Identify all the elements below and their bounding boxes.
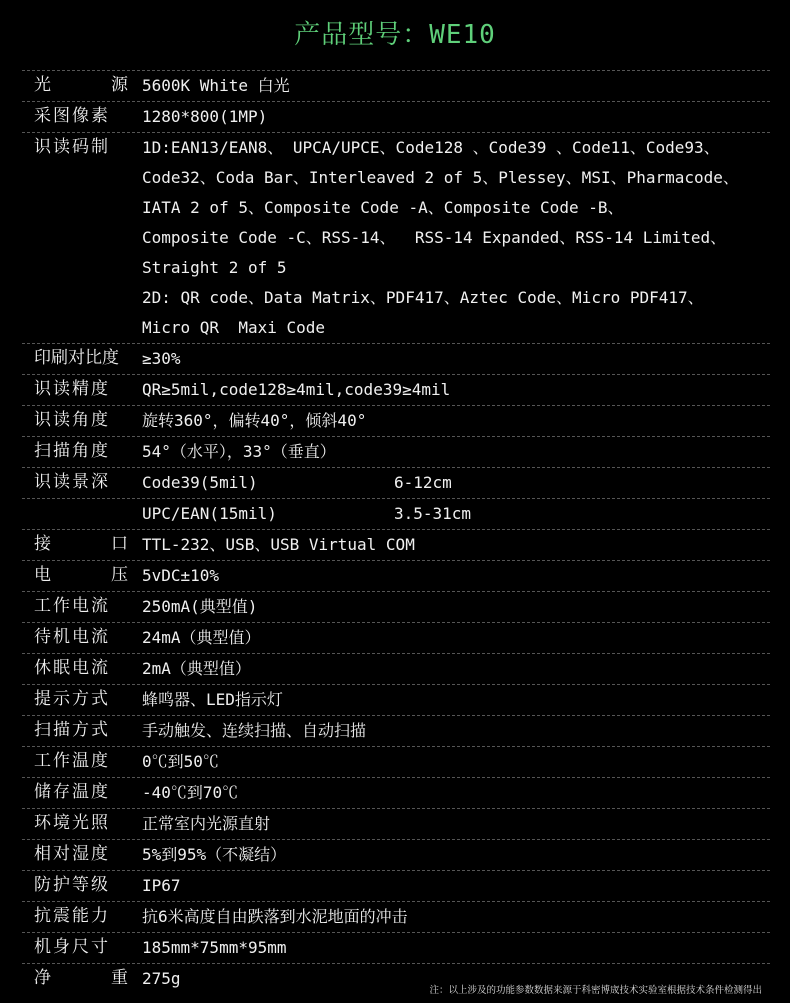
spec-row: 识读精度QR≥5mil,code128≥4mil,code39≥4mil [22,374,770,405]
spec-label: 环境光照 [22,809,142,839]
spec-label: 防护等级 [22,871,142,901]
spec-value: 手动触发、连续扫描、自动扫描 [142,716,770,746]
page-title: 产品型号：WE10 [0,14,790,51]
spec-value: 54°（水平），33°（垂直） [142,437,770,467]
spec-row: 防护等级IP67 [22,870,770,901]
spec-label: 待机电流 [22,623,142,653]
spec-label: 净重 [22,964,142,994]
spec-row: 电压5vDC±10% [22,560,770,591]
spec-row: 光源5600K White 白光 [22,70,770,101]
spec-row: 储存温度-40℃到70℃ [22,777,770,808]
spec-value: 2mA（典型值） [142,654,770,684]
spec-row: 识读景深Code39(5mil)6-12cm [22,467,770,498]
spec-value: 0℃到50℃ [142,747,770,777]
spec-value: IP67 [142,871,770,901]
spec-value: 抗6米高度自由跌落到水泥地面的冲击 [142,902,770,932]
depth-of-field-value: UPC/EAN(15mil)3.5-31cm [142,499,770,529]
spec-label: 休眠电流 [22,654,142,684]
spec-label: 相对湿度 [22,840,142,870]
spec-row: 抗震能力抗6米高度自由跌落到水泥地面的冲击 [22,901,770,932]
spec-row: 扫描角度54°（水平），33°（垂直） [22,436,770,467]
spec-value: 旋转360°，偏转40°，倾斜40° [142,406,770,436]
spec-value: 蜂鸣器、LED指示灯 [142,685,770,715]
spec-row: 相对湿度5%到95%（不凝结） [22,839,770,870]
spec-row: 印刷对比度≥30% [22,343,770,374]
spec-row: 待机电流24mA（典型值） [22,622,770,653]
spec-row: 扫描方式手动触发、连续扫描、自动扫描 [22,715,770,746]
spec-row: 接口TTL-232、USB、USB Virtual COM [22,529,770,560]
spec-value: 5600K White 白光 [142,71,770,101]
spec-label: 机身尺寸 [22,933,142,963]
spec-label: 识读景深 [22,468,142,498]
spec-value: 250mA(典型值) [142,592,770,622]
spec-row: 休眠电流2mA（典型值） [22,653,770,684]
spec-value: 1D:EAN13/EAN8、 UPCA/UPCE、Code128 、Code39… [142,133,770,343]
spec-value: 185mm*75mm*95mm [142,933,770,963]
spec-row: UPC/EAN(15mil)3.5-31cm [22,498,770,529]
spec-value: 1280*800(1MP) [142,102,770,132]
spec-value: 24mA（典型值） [142,623,770,653]
spec-label: 采图像素 [22,102,142,132]
spec-row: 工作温度0℃到50℃ [22,746,770,777]
spec-label: 扫描角度 [22,437,142,467]
spec-value: 5%到95%（不凝结） [142,840,770,870]
spec-label: 储存温度 [22,778,142,808]
footnote: 注：以上涉及的功能参数数据来源于科密博宬技术实验室根据技术条件检测得出 [429,982,762,996]
spec-row: 采图像素1280*800(1MP) [22,101,770,132]
spec-label: 提示方式 [22,685,142,715]
spec-row: 机身尺寸185mm*75mm*95mm [22,932,770,963]
spec-row: 提示方式蜂鸣器、LED指示灯 [22,684,770,715]
spec-value: QR≥5mil,code128≥4mil,code39≥4mil [142,375,770,405]
spec-label: 扫描方式 [22,716,142,746]
spec-label: 印刷对比度 [22,344,142,374]
spec-value: ≥30% [142,344,770,374]
spec-label: 光源 [22,71,142,101]
spec-label: 抗震能力 [22,902,142,932]
spec-value: 正常室内光源直射 [142,809,770,839]
spec-label: 识读码制 [22,133,142,343]
spec-label: 识读角度 [22,406,142,436]
spec-value: 5vDC±10% [142,561,770,591]
spec-label: 接口 [22,530,142,560]
spec-row: 识读码制1D:EAN13/EAN8、 UPCA/UPCE、Code128 、Co… [22,132,770,343]
spec-value: TTL-232、USB、USB Virtual COM [142,530,770,560]
spec-row: 工作电流250mA(典型值) [22,591,770,622]
spec-value: -40℃到70℃ [142,778,770,808]
spec-label: 工作电流 [22,592,142,622]
spec-label [22,499,142,529]
spec-table: 光源5600K White 白光采图像素1280*800(1MP)识读码制1D:… [22,70,770,994]
spec-label: 工作温度 [22,747,142,777]
spec-row: 识读角度旋转360°，偏转40°，倾斜40° [22,405,770,436]
spec-label: 电压 [22,561,142,591]
spec-label: 识读精度 [22,375,142,405]
depth-of-field-value: Code39(5mil)6-12cm [142,468,770,498]
spec-row: 环境光照正常室内光源直射 [22,808,770,839]
